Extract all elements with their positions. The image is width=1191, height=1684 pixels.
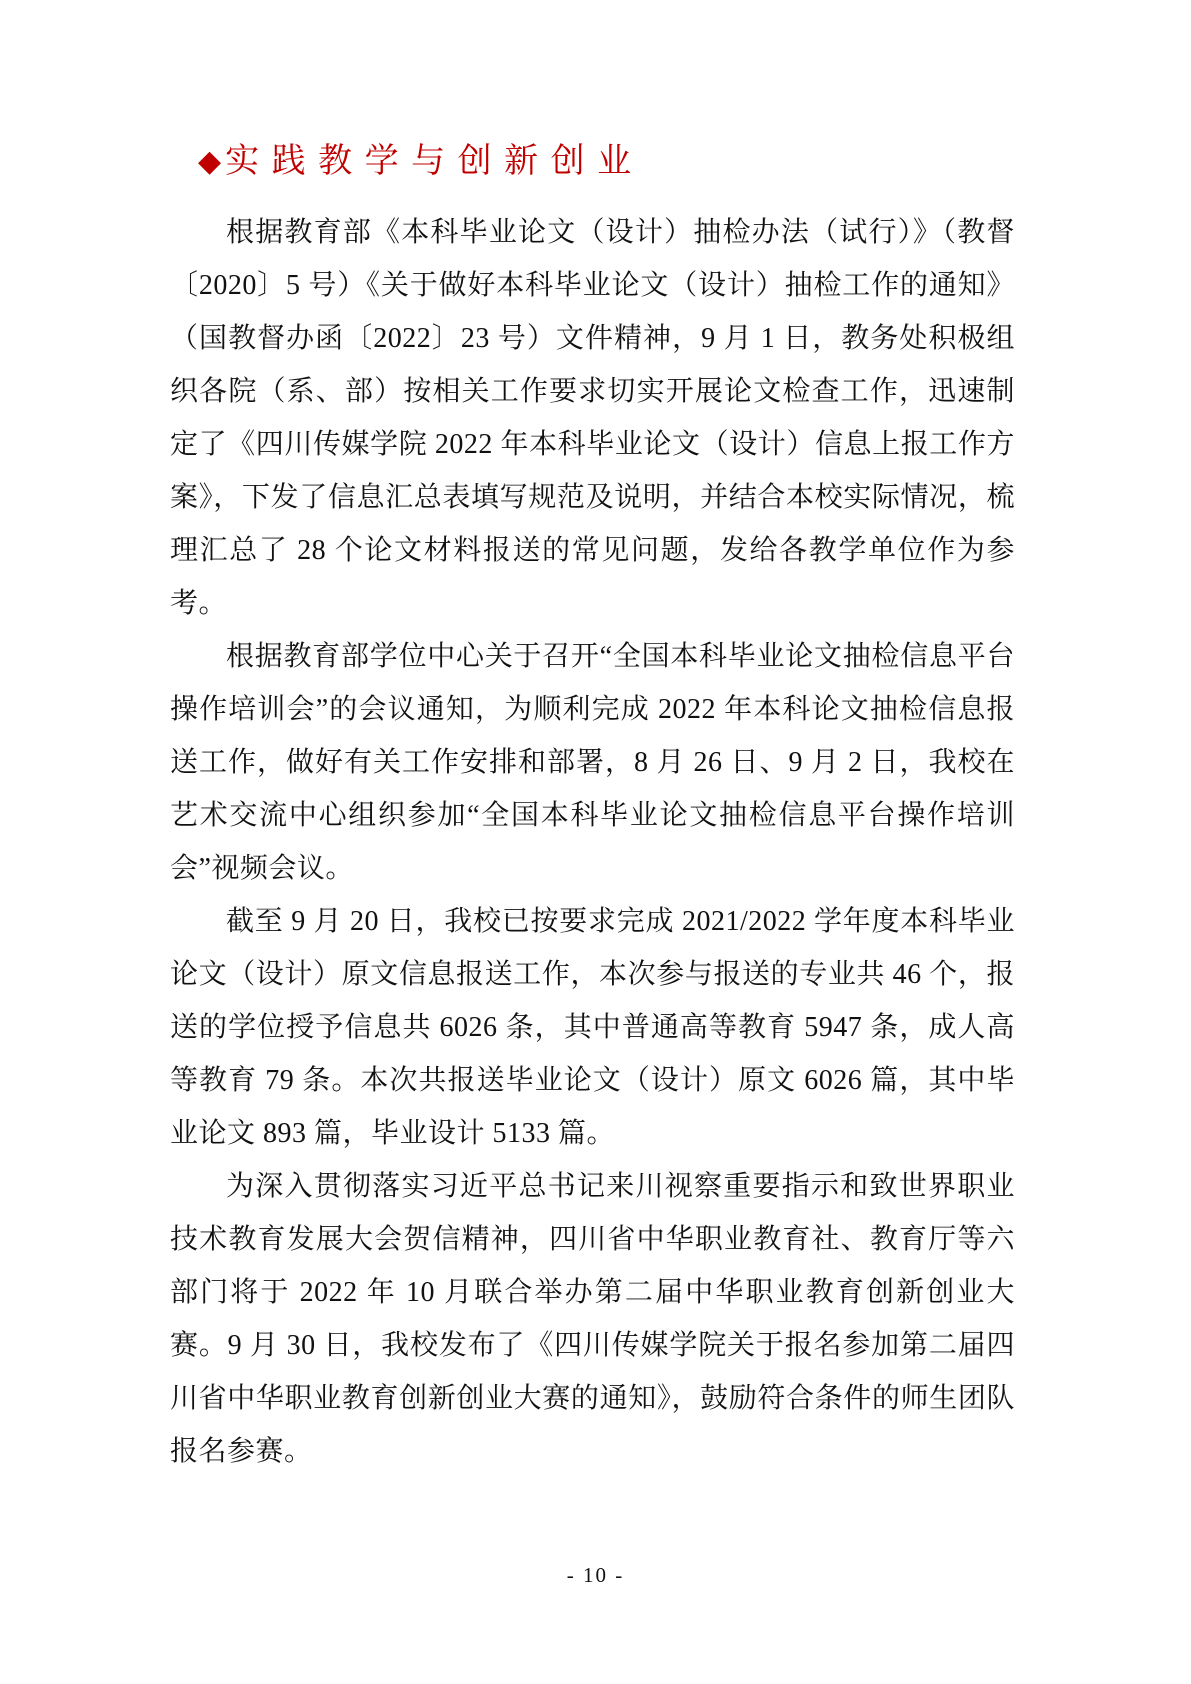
paragraph-1: 根据教育部《本科毕业论文（设计）抽检办法（试行）》（教督〔2020〕5 号）《关… — [170, 206, 1015, 630]
section-heading: ◆实 践 教 学 与 创 新 创 业 — [170, 140, 1015, 184]
diamond-bullet-icon: ◆ — [198, 145, 223, 178]
document-page: ◆实 践 教 学 与 创 新 创 业 根据教育部《本科毕业论文（设计）抽检办法（… — [0, 0, 1191, 1684]
page-content: ◆实 践 教 学 与 创 新 创 业 根据教育部《本科毕业论文（设计）抽检办法（… — [170, 140, 1015, 1478]
section-heading-text: 实 践 教 学 与 创 新 创 业 — [225, 143, 633, 180]
paragraph-3: 截至 9 月 20 日，我校已按要求完成 2021/2022 学年度本科毕业论文… — [170, 895, 1015, 1160]
paragraph-2: 根据教育部学位中心关于召开“全国本科毕业论文抽检信息平台操作培训会”的会议通知，… — [170, 630, 1015, 895]
body-text: 根据教育部《本科毕业论文（设计）抽检办法（试行）》（教督〔2020〕5 号）《关… — [170, 206, 1015, 1478]
paragraph-4: 为深入贯彻落实习近平总书记来川视察重要指示和致世界职业技术教育发展大会贺信精神，… — [170, 1160, 1015, 1478]
page-number: - 10 - — [0, 1563, 1191, 1588]
